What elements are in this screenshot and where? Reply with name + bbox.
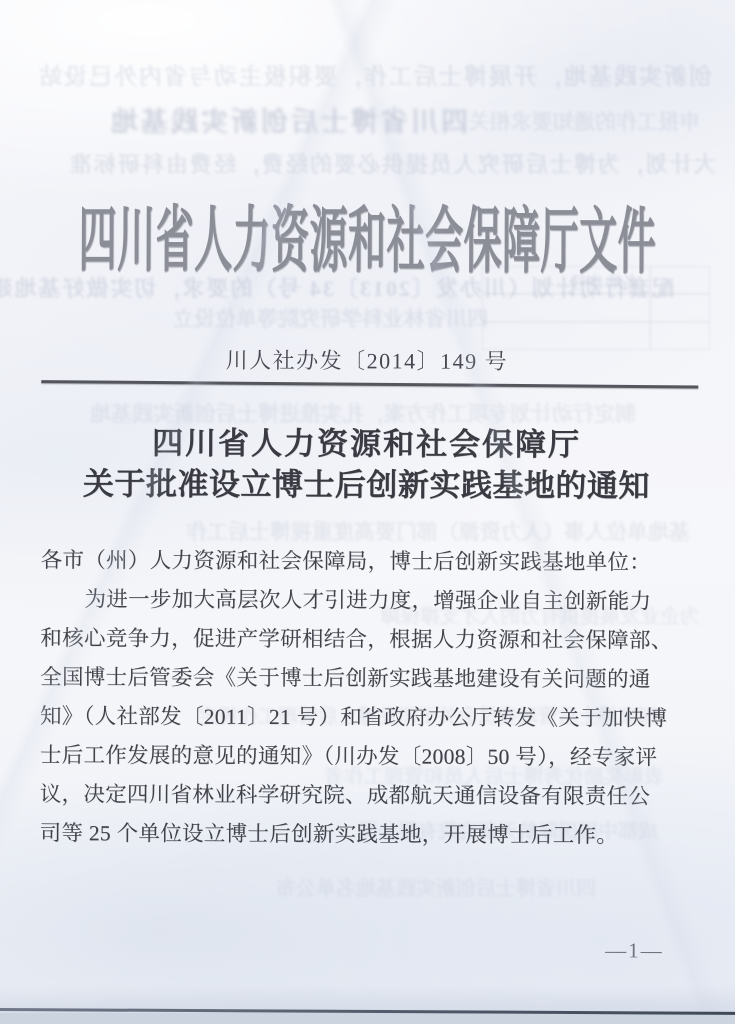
document-number: 川人社办发〔2014〕149 号 [0,343,734,377]
document-content: 四川省人力资源和社会保障厅文件 川人社办发〔2014〕149 号 四川省人力资源… [0,0,735,1016]
body-line: 议，决定四川省林业科学研究院、成都航天通信设备有限责任公 [40,775,652,816]
separator-rule [41,380,698,388]
notice-title-line2: 关于批准设立博士后创新实践基地的通知 [0,458,734,506]
body-line: 士后工作发展的意见的通知》（川办发〔2008〕50 号），经专家评 [40,736,652,777]
body-line: 和核心竞争力，促进产学研相结合，根据人力资源和社会保障部、 [40,619,652,660]
body-line: 司等 25 个单位设立博士后创新实践基地，开展博士后工作。 [39,814,651,855]
paper-sheet: 创新实践基地，开展博士后工作，要积极主动与省内外已设站 四川省博士后创新实践基地… [0,0,735,1013]
body-line: 为进一步加大高层次人才引进力度，增强企业自主创新能力 [40,580,652,621]
salutation-line: 各市（州）人力资源和社会保障局，博士后创新实践基地单位： [41,541,653,582]
scanned-page: 创新实践基地，开展博士后工作，要积极主动与省内外已设站 四川省博士后创新实践基地… [0,0,735,1024]
body-line: 知》（人社部发〔2011〕21 号）和省政府办公厅转发《关于加快博 [40,697,652,738]
body-text: 各市（州）人力资源和社会保障局，博士后创新实践基地单位： 为进一步加大高层次人才… [39,541,652,855]
body-line: 全国博士后管委会《关于博士后创新实践基地建设有关问题的通 [40,658,652,699]
letterhead-title: 四川省人力资源和社会保障厅文件 [0,205,735,280]
page-number: —1— [605,938,664,963]
